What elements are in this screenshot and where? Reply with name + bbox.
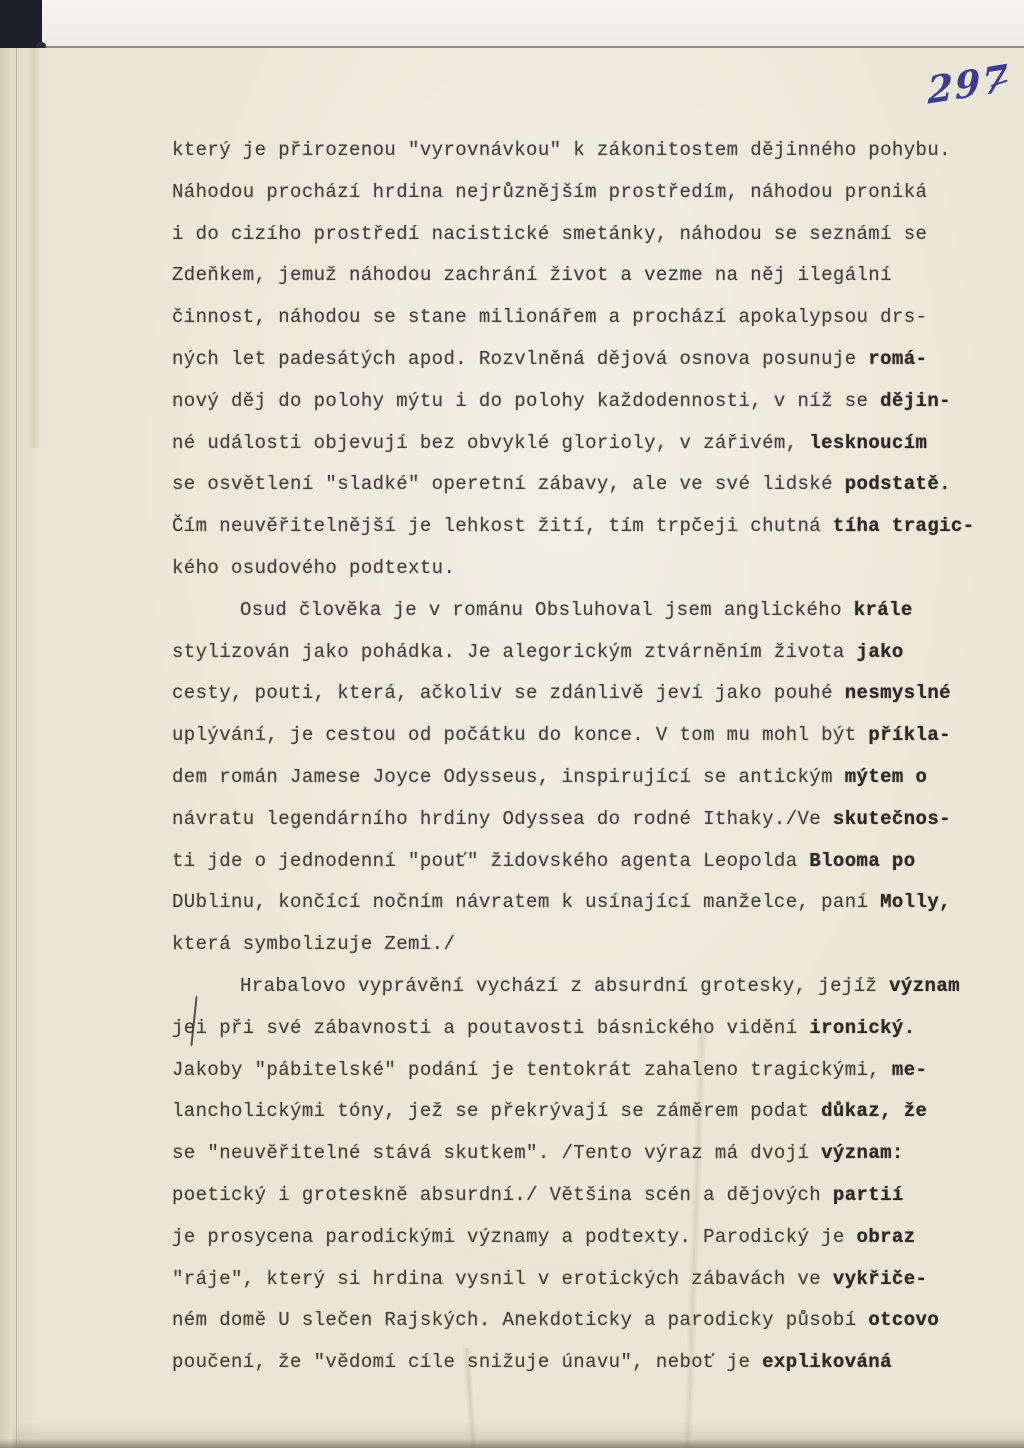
typescript-line: se osvětlení "sladké" operetní zábavy, a… <box>172 464 1024 506</box>
line-text: která symbolizuje Zemi./ <box>172 933 455 955</box>
line-text: který je přirozenou "vyrovnávkou" k záko… <box>172 139 951 161</box>
line-text-overinked: dějin- <box>880 390 951 412</box>
line-text-overinked: význam <box>889 975 960 997</box>
line-text-overinked: obraz <box>857 1226 916 1248</box>
page-left-edge <box>0 48 17 1448</box>
typescript-line: se "neuvěřitelné stává skutkem". /Tento … <box>172 1133 1024 1175</box>
line-text-overinked: ironický. <box>809 1017 915 1039</box>
line-text: nový děj do polohy mýtu i do polohy každ… <box>172 390 880 412</box>
line-text: Čím neuvěřitelnější je lehkost žití, tím… <box>172 515 833 537</box>
line-text-overinked: me- <box>892 1059 927 1081</box>
typescript-line: kého osudového podtextu. <box>172 548 1024 590</box>
line-text: Jakoby "pábitelské" podání je tentokrát … <box>172 1059 892 1081</box>
line-text: jei při své zábavnosti a poutavosti básn… <box>172 1017 809 1039</box>
line-text: ném domě U slečen Rajských. Anekdoticky … <box>172 1309 868 1331</box>
typescript-line: uplývání, je cestou od počátku do konce.… <box>172 715 1024 757</box>
line-text-overinked: krále <box>854 599 913 621</box>
typescript-line: dem román Jamese Joyce Odysseus, inspiru… <box>172 757 1024 799</box>
typescript-line: DUblinu, končící nočním návratem k usína… <box>172 882 1024 924</box>
line-text: Náhodou prochází hrdina nejrůznějším pro… <box>172 181 927 203</box>
line-text: se "neuvěřitelné stává skutkem". /Tento … <box>172 1142 821 1164</box>
line-text-overinked: důkaz, že <box>821 1100 927 1122</box>
typescript-line: Jakoby "pábitelské" podání je tentokrát … <box>172 1050 1024 1092</box>
typescript-line: né události objevují bez obvyklé gloriol… <box>172 423 1024 465</box>
line-text: dem román Jamese Joyce Odysseus, inspiru… <box>172 766 845 788</box>
line-text-overinked: význam: <box>821 1142 904 1164</box>
typescript-line: nový děj do polohy mýtu i do polohy každ… <box>172 381 1024 423</box>
scan-corner-black <box>0 0 42 48</box>
line-text: lancholickými tóny, jež se překrývají se… <box>172 1100 821 1122</box>
typescript-line: Osud člověka je v románu Obsluhoval jsem… <box>172 590 1024 632</box>
line-text-overinked: příkla- <box>868 724 951 746</box>
typescript-page: 297 který je přirozenou "vyrovnávkou" k … <box>0 48 1024 1448</box>
typescript-line: který je přirozenou "vyrovnávkou" k záko… <box>172 130 1024 172</box>
typescript-line: návratu legendárního hrdiny Odyssea do r… <box>172 799 1024 841</box>
line-text: je prosycena parodickými významy a podte… <box>172 1226 857 1248</box>
line-text: né události objevují bez obvyklé gloriol… <box>172 432 809 454</box>
typescript-line: Zdeňkem, jemuž náhodou zachrání život a … <box>172 255 1024 297</box>
line-text-overinked: partií <box>833 1184 904 1206</box>
line-text: DUblinu, končící nočním návratem k usína… <box>172 891 880 913</box>
typescript-line: "ráje", který si hrdina vysnil v erotick… <box>172 1259 1024 1301</box>
typescript-line: která symbolizuje Zemi./ <box>172 924 1024 966</box>
line-text: Osud člověka je v románu Obsluhoval jsem… <box>240 599 854 621</box>
line-text-overinked: otcovo <box>868 1309 939 1331</box>
line-text: ti jde o jednodenní "pouť" židovského ag… <box>172 850 809 872</box>
scanner-background <box>0 0 1024 48</box>
line-text-overinked: lesknoucím <box>809 432 927 454</box>
typewritten-text: který je přirozenou "vyrovnávkou" k záko… <box>172 130 1024 1384</box>
line-text: Hrabalovo vyprávění vychází z absurdní g… <box>240 975 889 997</box>
typescript-line: cesty, pouti, která, ačkoliv se zdánlivě… <box>172 673 1024 715</box>
line-text: poučení, že "vědomí cíle snižuje únavu",… <box>172 1351 762 1373</box>
typescript-line: ti jde o jednodenní "pouť" židovského ag… <box>172 841 1024 883</box>
line-text: uplývání, je cestou od počátku do konce.… <box>172 724 868 746</box>
typescript-line: Čím neuvěřitelnější je lehkost žití, tím… <box>172 506 1024 548</box>
typescript-line: činnost, náhodou se stane milionářem a p… <box>172 297 1024 339</box>
line-text-overinked: mýtem o <box>845 766 928 788</box>
line-text: cesty, pouti, která, ačkoliv se zdánlivě… <box>172 682 845 704</box>
typescript-line: je prosycena parodickými významy a podte… <box>172 1217 1024 1259</box>
line-text-overinked: tíha tragic- <box>833 515 975 537</box>
line-text-overinked: Blooma po <box>809 850 915 872</box>
seven-crossbar-stroke <box>991 79 1008 87</box>
line-text: kého osudového podtextu. <box>172 557 455 579</box>
typescript-line: ném domě U slečen Rajských. Anekdoticky … <box>172 1300 1024 1342</box>
paper-crease <box>26 48 42 448</box>
typescript-line: poučení, že "vědomí cíle snižuje únavu",… <box>172 1342 1024 1384</box>
line-text-overinked: Molly, <box>880 891 951 913</box>
line-text: poetický i groteskně absurdní./ Většina … <box>172 1184 833 1206</box>
typescript-line: lancholickými tóny, jež se překrývají se… <box>172 1091 1024 1133</box>
page-bottom-edge <box>0 1439 1024 1448</box>
typescript-line: stylizován jako pohádka. Je alegorickým … <box>172 632 1024 674</box>
line-text-overinked: explikováná <box>762 1351 892 1373</box>
line-text: "ráje", který si hrdina vysnil v erotick… <box>172 1268 833 1290</box>
line-text: ných let padesátých apod. Rozvlněná dějo… <box>172 348 868 370</box>
line-text-overinked: skutečnos- <box>833 808 951 830</box>
typescript-line: ných let padesátých apod. Rozvlněná dějo… <box>172 339 1024 381</box>
typescript-line: Hrabalovo vyprávění vychází z absurdní g… <box>172 966 1024 1008</box>
line-text: se osvětlení "sladké" operetní zábavy, a… <box>172 473 845 495</box>
line-text-overinked: nesmyslné <box>845 682 951 704</box>
line-text: i do cizího prostředí nacistické smetánk… <box>172 223 927 245</box>
typescript-line: jei při své zábavnosti a poutavosti básn… <box>172 1008 1024 1050</box>
line-text-overinked: jako <box>857 641 904 663</box>
line-text-overinked: vykřiče- <box>833 1268 927 1290</box>
typescript-line: Náhodou prochází hrdina nejrůznějším pro… <box>172 172 1024 214</box>
line-text: stylizován jako pohádka. Je alegorickým … <box>172 641 857 663</box>
typescript-line: poetický i groteskně absurdní./ Většina … <box>172 1175 1024 1217</box>
line-text: návratu legendárního hrdiny Odyssea do r… <box>172 808 833 830</box>
line-text-overinked: romá- <box>868 348 927 370</box>
line-text-overinked: podstatě. <box>845 473 951 495</box>
line-text: činnost, náhodou se stane milionářem a p… <box>172 306 927 328</box>
typescript-line: i do cizího prostředí nacistické smetánk… <box>172 214 1024 256</box>
page-number: 297 <box>927 59 1010 109</box>
line-text: Zdeňkem, jemuž náhodou zachrání život a … <box>172 264 892 286</box>
